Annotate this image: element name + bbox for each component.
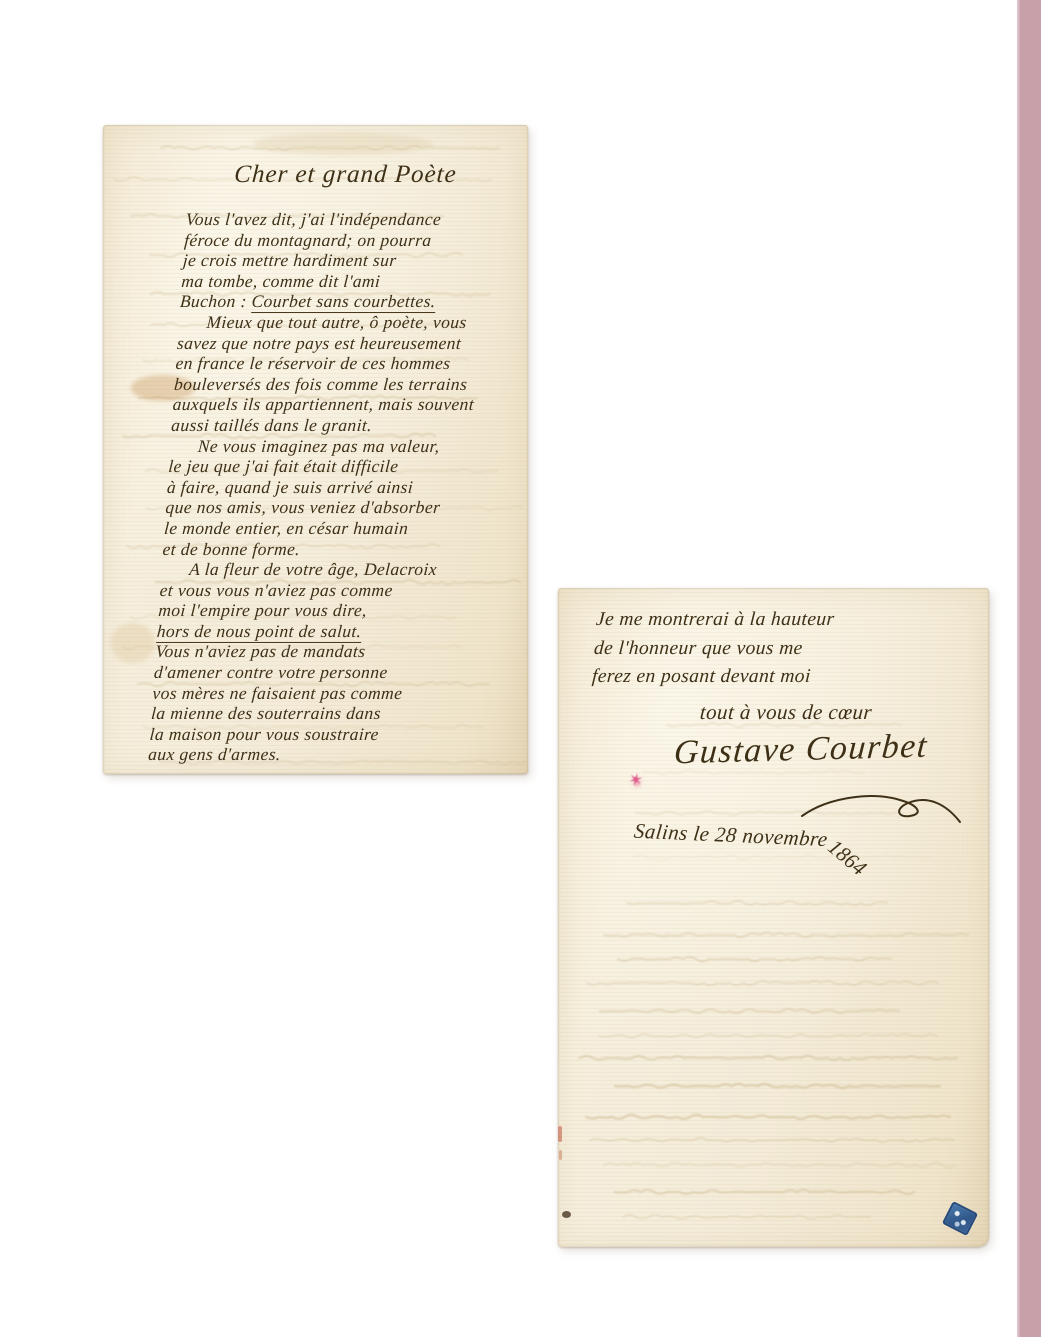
manuscript-line: aussi taillés dans le granit. (171, 415, 530, 436)
letter-page-1: Cher et grand Poète Vous l'avez dit, j'a… (103, 125, 528, 774)
manuscript-line: savez que notre pays est heureusement (176, 333, 535, 354)
paper-stain (111, 623, 155, 663)
manuscript-line: aux gens d'armes. (148, 744, 507, 765)
manuscript-line: Vous l'avez dit, j'ai l'indépendance (185, 209, 544, 230)
red-edge-mark (558, 1126, 562, 1142)
signature-flourish (796, 788, 966, 830)
dark-spot (562, 1211, 571, 1218)
manuscript-line: et vous vous n'aviez pas comme (159, 580, 518, 601)
manuscript-line: A la fleur de votre âge, Delacroix (161, 559, 520, 580)
manuscript-line: la mienne des souterrains dans (150, 703, 509, 724)
underlined-motto: Courbet sans courbettes. (251, 291, 437, 313)
manuscript-line: la maison pour vous soustraire (149, 724, 508, 745)
signature-gustave-courbet: Gustave Courbet (673, 728, 930, 773)
red-edge-mark (559, 1150, 562, 1160)
letter-body: Vous l'avez dit, j'ai l'indépendance fér… (148, 209, 545, 765)
letter-closing: tout à vous de cœur (699, 700, 873, 725)
manuscript-line: de l'honneur que vous me (593, 635, 974, 664)
manuscript-line: je crois mettre hardiment sur (182, 250, 541, 271)
manuscript-line: à faire, quand je suis arrivé ainsi (166, 477, 525, 498)
letter-salutation: Cher et grand Poète (188, 161, 503, 189)
letter-page-2: Je me montrerai à la hauteur de l'honneu… (558, 588, 989, 1247)
pink-accent-bar (1017, 0, 1041, 1337)
manuscript-line: Vous n'aviez pas de mandats (155, 641, 514, 662)
manuscript-line: ma tombe, comme dit l'ami (181, 271, 540, 292)
paper-stain (253, 133, 433, 155)
manuscript-line: bouleversés des fois comme les terrains (173, 374, 532, 395)
manuscript-line: en france le réservoir de ces hommes (175, 353, 534, 374)
manuscript-line: Buchon : Courbet sans courbettes. (179, 291, 538, 312)
manuscript-line: le jeu que j'ai fait était difficile (168, 456, 527, 477)
blue-collector-stamp (942, 1201, 978, 1236)
catalog-page: Cher et grand Poète Vous l'avez dit, j'a… (0, 0, 1041, 1337)
manuscript-line: d'amener contre votre personne (153, 662, 512, 683)
manuscript-line: vos mères ne faisaient pas comme (152, 683, 511, 704)
manuscript-line: hors de nous point de salut. (156, 621, 515, 642)
manuscript-line: moi l'empire pour vous dire, (158, 600, 517, 621)
manuscript-line: que nos amis, vous veniez d'absorber (165, 497, 524, 518)
underlined-phrase: hors de nous point de salut. (156, 621, 362, 643)
manuscript-line: Ne vous imaginez pas ma valeur, (169, 436, 528, 457)
pink-collector-mark: ✶ (626, 768, 646, 792)
manuscript-line: ferez en posant devant moi (591, 663, 972, 692)
manuscript-line: Mieux que tout autre, ô poète, vous (178, 312, 537, 333)
letter-body: Je me montrerai à la hauteur de l'honneu… (591, 606, 976, 692)
manuscript-line: Je me montrerai à la hauteur (595, 606, 976, 635)
manuscript-line: féroce du montagnard; on pourra (184, 230, 543, 251)
manuscript-line: auxquels ils appartiennent, mais souvent (172, 394, 531, 415)
manuscript-text: Buchon : (179, 291, 252, 311)
manuscript-line: et de bonne forme. (162, 539, 521, 560)
manuscript-line: le monde entier, en césar humain (163, 518, 522, 539)
